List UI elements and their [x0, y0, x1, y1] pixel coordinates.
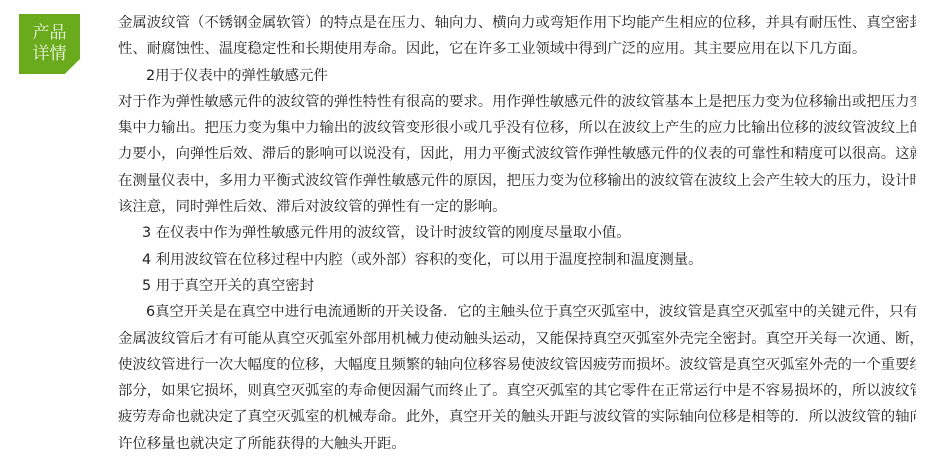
- badge-label-line2: 详情: [33, 44, 67, 65]
- paragraph-line: 在测量仪表中，多用力平衡式波纹管作弹性敏感元件的原因，把压力变为位移输出的波纹管…: [118, 168, 916, 194]
- intro-line: 金属波纹管（不锈钢金属软管）的特点是在压力、轴向力、横向力或弯矩作用下均能产生相…: [118, 10, 916, 36]
- paragraph-line: 使波纹管进行一次大幅度的位移，大幅度且频繁的轴向位移容易使波纹管因疲劳而损坏。波…: [118, 352, 916, 378]
- paragraph-line: 金属波纹管后才有可能从真空灭弧室外部用机械力使动触头运动，又能保持真空灭弧室外壳…: [118, 326, 916, 352]
- paragraph-line: 部分，如果它损坏，则真空灭弧室的寿命便因漏气而终止了。真空灭弧室的其它零件在正常…: [118, 378, 916, 404]
- paragraph-line: 疲劳寿命也就决定了真空灭弧室的机械寿命。此外，真空开关的触头开距与波纹管的实际轴…: [118, 404, 916, 430]
- paragraph-line: 6真空开关是在真空中进行电流通断的开关设备．它的主触头位于真空灭弧室中，波纹管是…: [118, 299, 916, 325]
- product-details-badge: 产品 详情: [19, 14, 80, 74]
- paragraph-line: 该注意，同时弹性后效、滞后对波纹管的弹性有一定的影响。: [118, 194, 916, 220]
- badge-label-line1: 产品: [33, 23, 67, 44]
- section-heading-elastic-sensor: 2用于仪表中的弹性敏感元件: [118, 63, 916, 89]
- paragraph-line: 许位移量也就决定了所能获得的大触头开距。: [118, 431, 916, 457]
- paragraph-line: 对于作为弹性敏感元件的波纹管的弹性特性有很高的要求。用作弹性敏感元件的波纹管基本…: [118, 89, 916, 115]
- intro-line: 性、耐腐蚀性、温度稳定性和长期使用寿命。因此，它在许多工业领域中得到广泛的应用。…: [118, 36, 916, 62]
- list-item-5: 5 用于真空开关的真空密封: [118, 273, 916, 299]
- list-item-4: 4 利用波纹管在位移过程中内腔（或外部）容积的变化，可以用于温度控制和温度测量。: [118, 247, 916, 273]
- product-description: 金属波纹管（不锈钢金属软管）的特点是在压力、轴向力、横向力或弯矩作用下均能产生相…: [118, 10, 916, 457]
- paragraph-line: 集中力输出。把压力变为集中力输出的波纹管变形很小或几乎没有位移，所以在波纹上产生…: [118, 115, 916, 141]
- paragraph-line: 力要小，向弹性后效、滞后的影响可以说没有，因此，用力平衡式波纹管作弹性敏感元件的…: [118, 141, 916, 167]
- list-item-3: 3 在仪表中作为弹性敏感元件用的波纹管，设计时波纹管的刚度尽量取小值。: [118, 220, 916, 246]
